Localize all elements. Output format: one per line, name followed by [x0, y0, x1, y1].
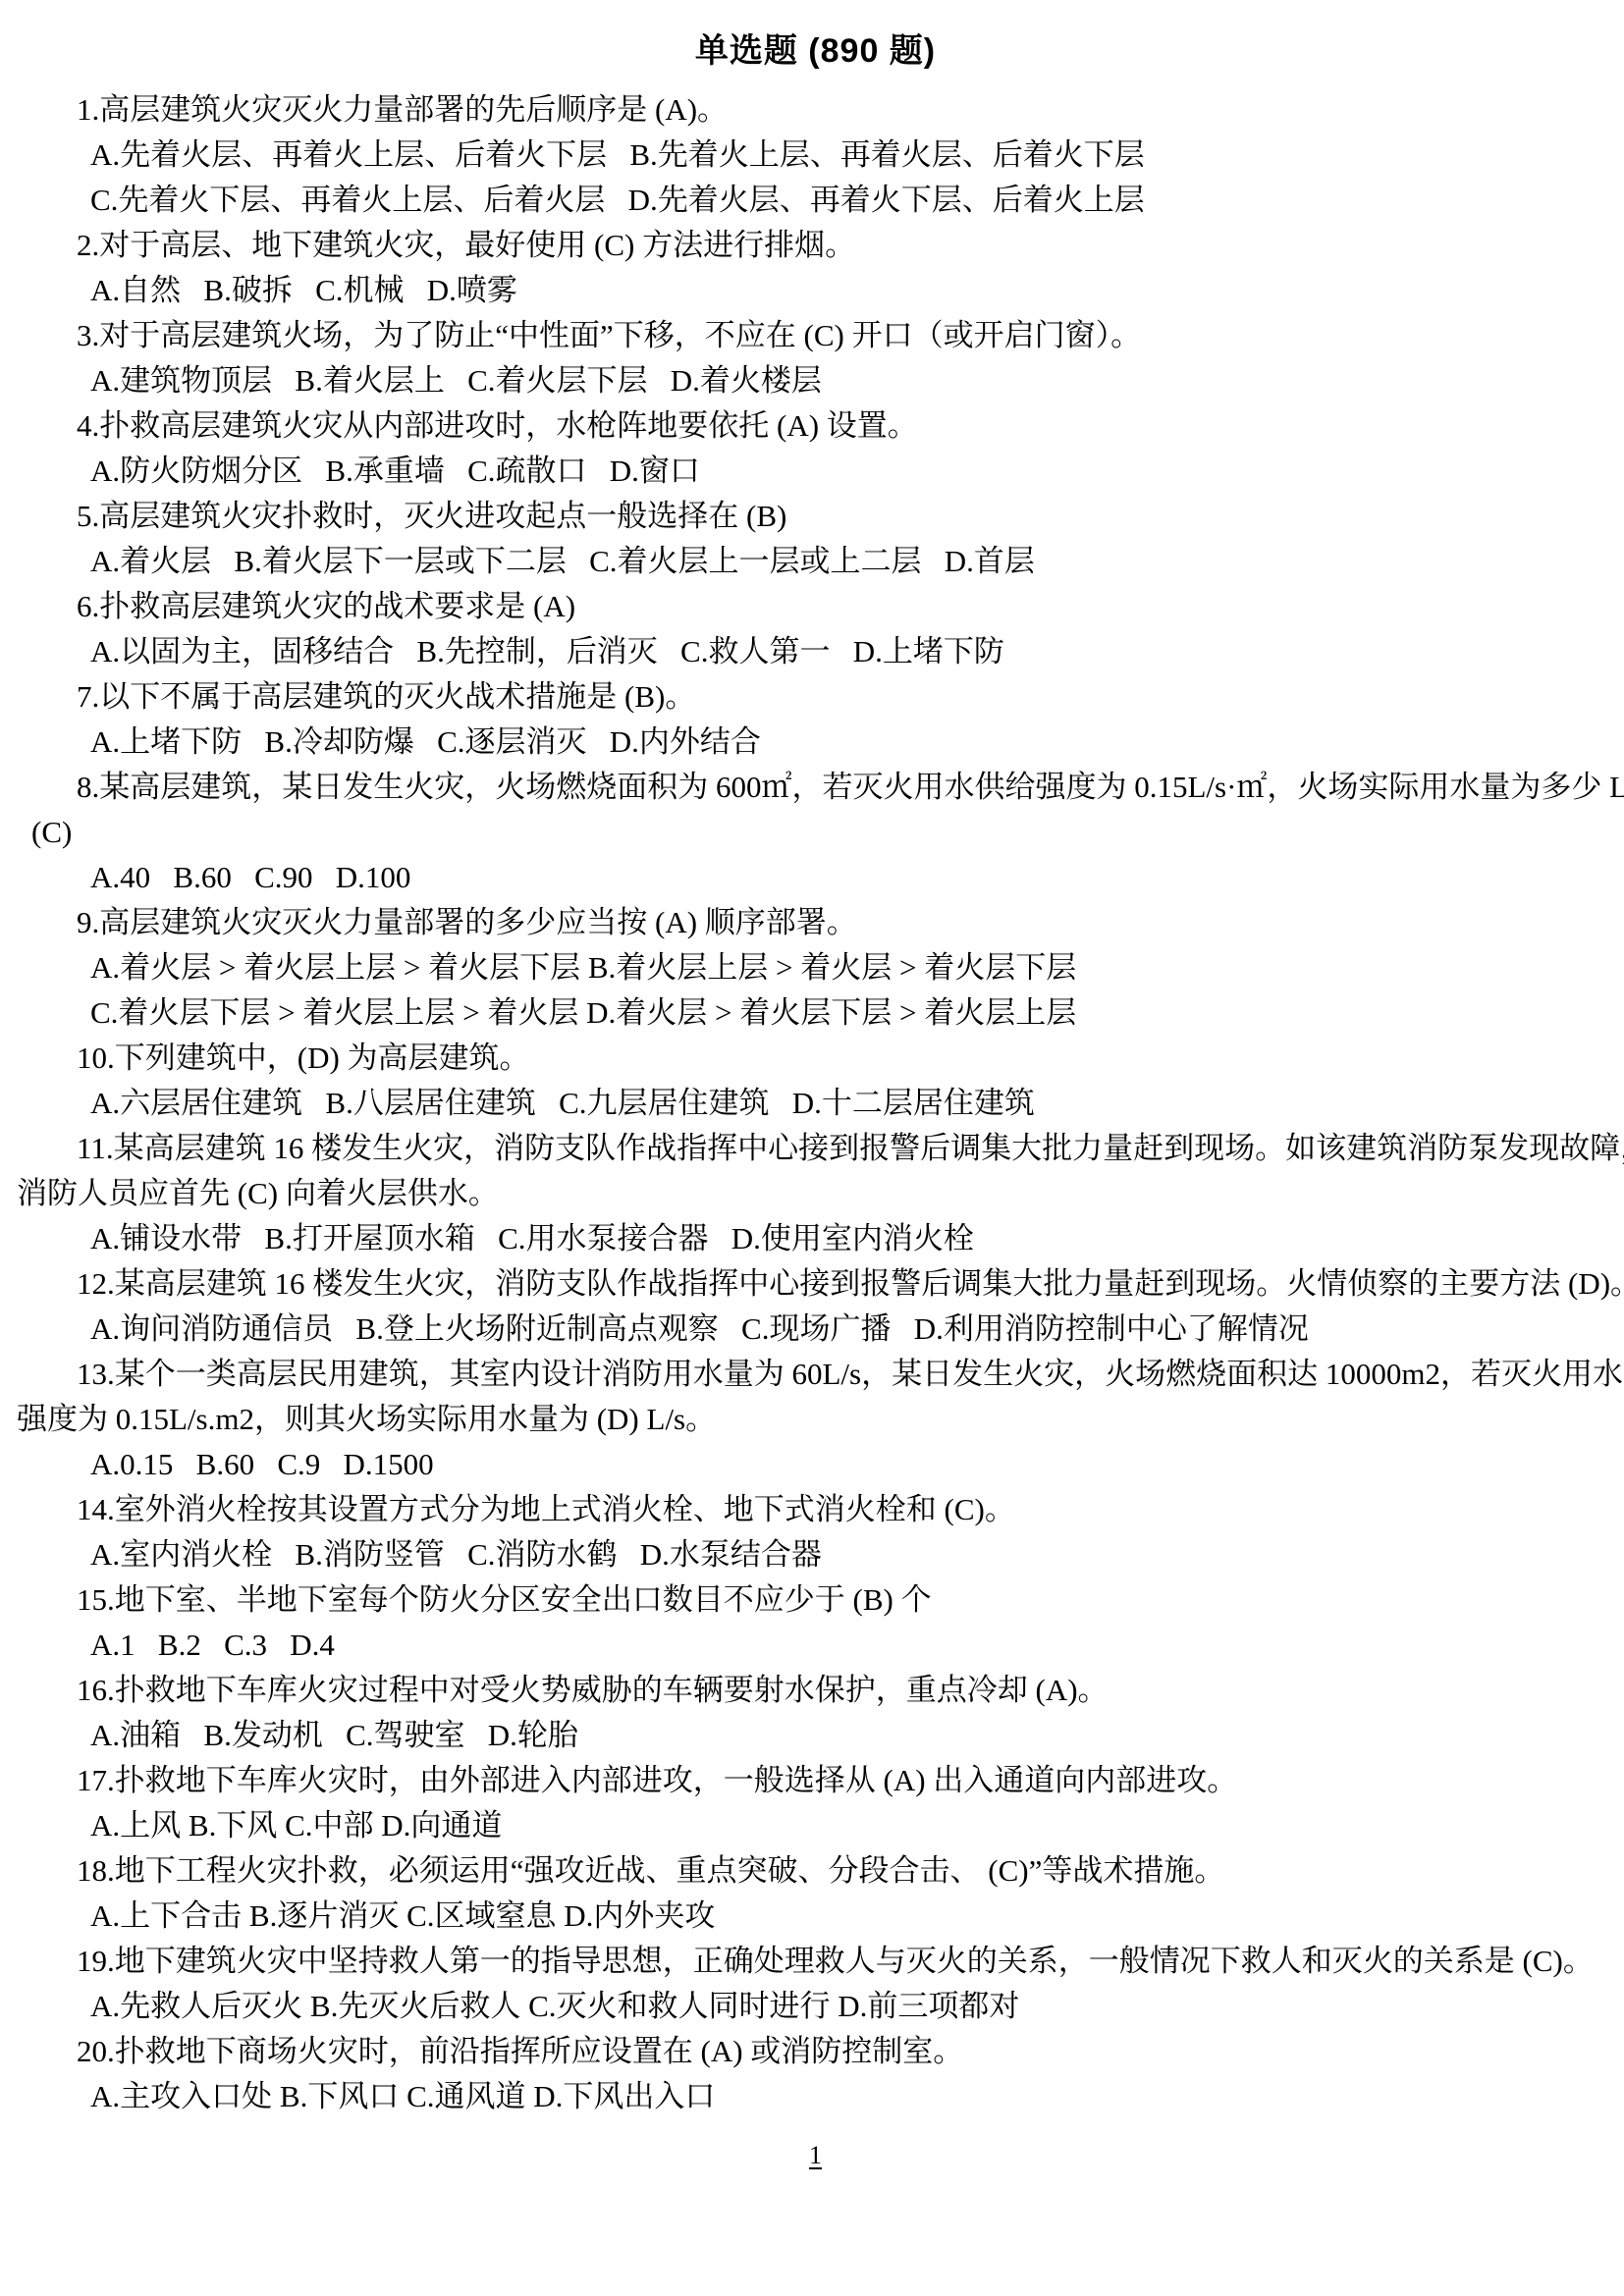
- question-line: 10.下列建筑中，(D) 为高层建筑。: [17, 1036, 1614, 1081]
- question-line: 8.某高层建筑，某日发生火灾，火场燃烧面积为 600㎡，若灭火用水供给强度为 0…: [17, 765, 1614, 810]
- option-line: A.询问消防通信员 B.登上火场附近制高点观察 C.现场广播 D.利用消防控制中…: [17, 1307, 1614, 1352]
- question-line: 5.高层建筑火灾扑救时，灭火进攻起点一般选择在 (B): [17, 494, 1614, 539]
- option-line: A.以固为主，固移结合 B.先控制，后消灭 C.救人第一 D.上堵下防: [17, 629, 1614, 674]
- option-line: A.着火层 B.着火层下一层或下二层 C.着火层上一层或上二层 D.首层: [17, 539, 1614, 584]
- question-line: 2.对于高层、地下建筑火灾，最好使用 (C) 方法进行排烟。: [17, 223, 1614, 268]
- question-line: 17.扑救地下车库火灾时，由外部进入内部进攻，一般选择从 (A) 出入通道向内部…: [17, 1758, 1614, 1803]
- question-line: 3.对于高层建筑火场，为了防止“中性面”下移，不应在 (C) 开口（或开启门窗）…: [17, 313, 1614, 358]
- page-number: 1: [809, 2141, 822, 2169]
- question-line: 13.某个一类高层民用建筑，其室内设计消防用水量为 60L/s，某日发生火灾，火…: [17, 1352, 1614, 1397]
- question-line: 12.某高层建筑 16 楼发生火灾，消防支队作战指挥中心接到报警后调集大批力量赶…: [17, 1261, 1614, 1307]
- option-line: A.防火防烟分区 B.承重墙 C.疏散口 D.窗口: [17, 449, 1614, 494]
- option-line: A.着火层 > 着火层上层 > 着火层下层 B.着火层上层 > 着火层 > 着火…: [17, 945, 1614, 990]
- question-line: 11.某高层建筑 16 楼发生火灾，消防支队作战指挥中心接到报警后调集大批力量赶…: [17, 1126, 1614, 1171]
- page-footer: 1: [17, 2139, 1614, 2172]
- question-list: 1.高层建筑火灾灭火力量部署的先后顺序是 (A)。A.先着火层、再着火上层、后着…: [17, 87, 1614, 2119]
- option-line: A.主攻入口处 B.下风口 C.通风道 D.下风出入口: [17, 2074, 1614, 2119]
- question-line: 6.扑救高层建筑火灾的战术要求是 (A): [17, 584, 1614, 629]
- option-line: A.油箱 B.发动机 C.驾驶室 D.轮胎: [17, 1713, 1614, 1758]
- option-line: A.0.15 B.60 C.9 D.1500: [17, 1442, 1614, 1487]
- option-line: A.建筑物顶层 B.着火层上 C.着火层下层 D.着火楼层: [17, 358, 1614, 403]
- question-line: 18.地下工程火灾扑救，必须运用“强攻近战、重点突破、分段合击、 (C)”等战术…: [17, 1848, 1614, 1894]
- option-line: A.先着火层、再着火上层、后着火下层 B.先着火上层、再着火层、后着火下层: [17, 133, 1614, 178]
- option-line: A.室内消火栓 B.消防竖管 C.消防水鹤 D.水泵结合器: [17, 1532, 1614, 1577]
- question-continuation-line: 消防人员应首先 (C) 向着火层供水。: [17, 1171, 1614, 1216]
- option-line: A.1 B.2 C.3 D.4: [17, 1623, 1614, 1668]
- document-page: 单选题 (890 题) 1.高层建筑火灾灭火力量部署的先后顺序是 (A)。A.先…: [0, 0, 1624, 2296]
- question-line: 7.以下不属于高层建筑的灭火战术措施是 (B)。: [17, 674, 1614, 720]
- question-line: 20.扑救地下商场火灾时，前沿指挥所应设置在 (A) 或消防控制室。: [17, 2029, 1614, 2074]
- question-line: 1.高层建筑火灾灭火力量部署的先后顺序是 (A)。: [17, 87, 1614, 133]
- question-line: 4.扑救高层建筑火灾从内部进攻时，水枪阵地要依托 (A) 设置。: [17, 403, 1614, 449]
- option-line: C.先着火下层、再着火上层、后着火层 D.先着火层、再着火下层、后着火上层: [17, 178, 1614, 223]
- option-line: A.40 B.60 C.90 D.100: [17, 855, 1614, 900]
- question-continuation-line: 强度为 0.15L/s.m2，则其火场实际用水量为 (D) L/s。: [17, 1397, 1614, 1442]
- option-line: A.先救人后灭火 B.先灭火后救人 C.灭火和救人同时进行 D.前三项都对: [17, 1984, 1614, 2029]
- question-line: 16.扑救地下车库火灾过程中对受火势威胁的车辆要射水保护，重点冷却 (A)。: [17, 1668, 1614, 1713]
- answer-line: (C): [17, 810, 1614, 855]
- option-line: A.铺设水带 B.打开屋顶水箱 C.用水泵接合器 D.使用室内消火栓: [17, 1216, 1614, 1261]
- question-line: 9.高层建筑火灾灭火力量部署的多少应当按 (A) 顺序部署。: [17, 900, 1614, 945]
- page-title: 单选题 (890 题): [17, 29, 1614, 73]
- option-line: A.自然 B.破拆 C.机械 D.喷雾: [17, 268, 1614, 313]
- question-line: 15.地下室、半地下室每个防火分区安全出口数目不应少于 (B) 个: [17, 1577, 1614, 1623]
- question-line: 19.地下建筑火灾中坚持救人第一的指导思想，正确处理救人与灭火的关系，一般情况下…: [17, 1939, 1614, 1984]
- question-line: 14.室外消火栓按其设置方式分为地上式消火栓、地下式消火栓和 (C)。: [17, 1487, 1614, 1532]
- option-line: A.六层居住建筑 B.八层居住建筑 C.九层居住建筑 D.十二层居住建筑: [17, 1081, 1614, 1126]
- option-line: C.着火层下层 > 着火层上层 > 着火层 D.着火层 > 着火层下层 > 着火…: [17, 990, 1614, 1036]
- option-line: A.上风 B.下风 C.中部 D.向通道: [17, 1803, 1614, 1848]
- option-line: A.上堵下防 B.冷却防爆 C.逐层消灭 D.内外结合: [17, 720, 1614, 765]
- option-line: A.上下合击 B.逐片消灭 C.区域窒息 D.内外夹攻: [17, 1894, 1614, 1939]
